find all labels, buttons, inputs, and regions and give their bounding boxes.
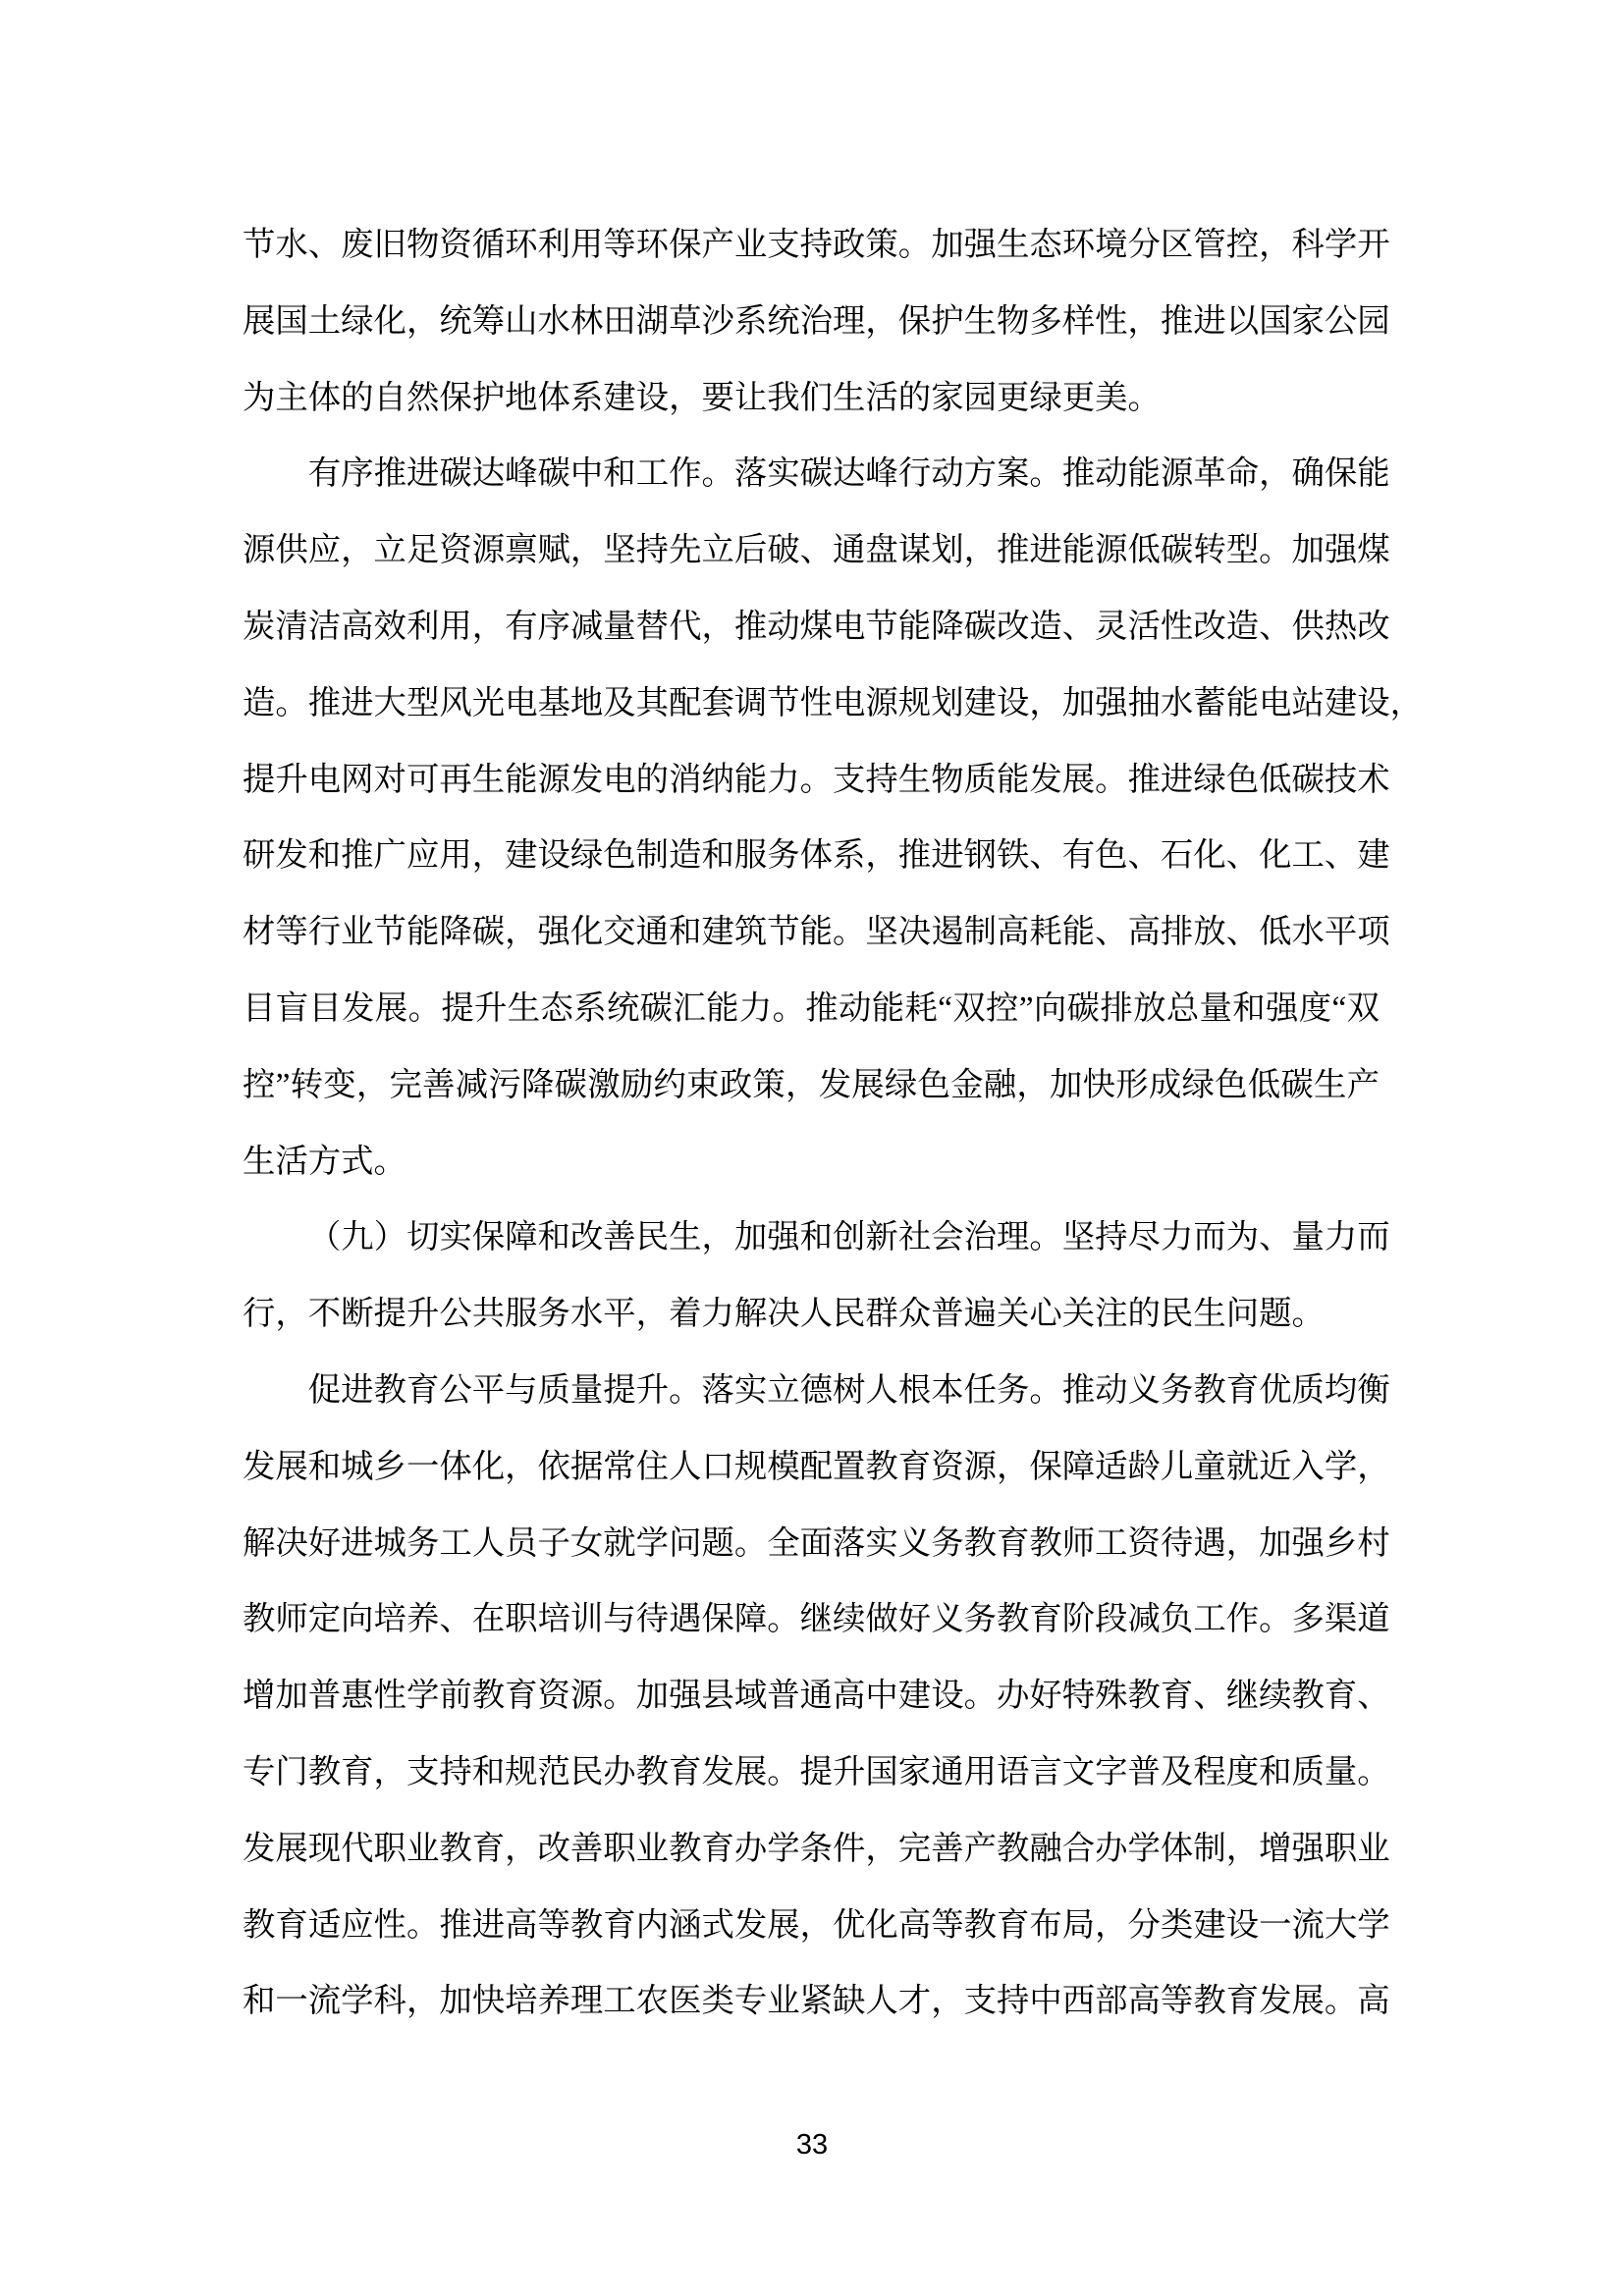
text-line: 有序推进碳达峰碳中和工作。落实碳达峰行动方案。推动能源革命，确保能 — [243, 436, 1380, 512]
text-block: 节水、废旧物资循环利用等环保产业支持政策。加强生态环境分区管控，科学开 展国土绿… — [243, 207, 1380, 2040]
text-line: 专门教育，支持和规范民办教育发展。提升国家通用语言文字普及程度和质量。 — [243, 1735, 1380, 1811]
text-line: 控”转变，完善减污降碳激励约束政策，发展绿色金融，加快形成绿色低碳生产 — [243, 1047, 1380, 1124]
text-line: 教育适应性。推进高等教育内涵式发展，优化高等教育布局，分类建设一流大学 — [243, 1888, 1380, 1964]
text-line: 增加普惠性学前教育资源。加强县域普通高中建设。办好特殊教育、继续教育、 — [243, 1658, 1380, 1735]
text-line: 提升电网对可再生能源发电的消纳能力。支持生物质能发展。推进绿色低碳技术 — [243, 742, 1380, 819]
text-line: 造。推进大型风光电基地及其配套调节性电源规划建设，加强抽水蓄能电站建设， — [243, 666, 1380, 742]
page-number: 33 — [0, 2130, 1624, 2160]
text-line: 教师定向培养、在职培训与待遇保障。继续做好义务教育阶段减负工作。多渠道 — [243, 1581, 1380, 1658]
text-line: 展国土绿化，统筹山水林田湖草沙系统治理，保护生物多样性，推进以国家公园 — [243, 284, 1380, 360]
text-line: 促进教育公平与质量提升。落实立德树人根本任务。推动义务教育优质均衡 — [243, 1353, 1380, 1429]
text-line: 节水、废旧物资循环利用等环保产业支持政策。加强生态环境分区管控，科学开 — [243, 207, 1380, 284]
text-line: （九）切实保障和改善民生，加强和创新社会治理。坚持尽力而为、量力而 — [243, 1200, 1380, 1276]
text-line: 炭清洁高效利用，有序减量替代，推动煤电节能降碳改造、灵活性改造、供热改 — [243, 589, 1380, 666]
paragraph: 促进教育公平与质量提升。落实立德树人根本任务。推动义务教育优质均衡 发展和城乡一… — [243, 1353, 1380, 2040]
text-line: 材等行业节能降碳，强化交通和建筑节能。坚决遏制高耗能、高排放、低水平项 — [243, 894, 1380, 971]
text-line: 解决好进城务工人员子女就学问题。全面落实义务教育教师工资待遇，加强乡村 — [243, 1506, 1380, 1582]
text-line: 发展和城乡一体化，依据常住人口规模配置教育资源，保障适龄儿童就近入学， — [243, 1429, 1380, 1506]
paragraph: （九）切实保障和改善民生，加强和创新社会治理。坚持尽力而为、量力而 行，不断提升… — [243, 1200, 1380, 1353]
paragraph: 节水、废旧物资循环利用等环保产业支持政策。加强生态环境分区管控，科学开 展国土绿… — [243, 207, 1380, 436]
text-line: 源供应，立足资源禀赋，坚持先立后破、通盘谋划，推进能源低碳转型。加强煤 — [243, 512, 1380, 589]
text-line: 发展现代职业教育，改善职业教育办学条件，完善产教融合办学体制，增强职业 — [243, 1811, 1380, 1888]
document-page: 节水、废旧物资循环利用等环保产业支持政策。加强生态环境分区管控，科学开 展国土绿… — [0, 0, 1624, 2296]
paragraph: 有序推进碳达峰碳中和工作。落实碳达峰行动方案。推动能源革命，确保能 源供应，立足… — [243, 436, 1380, 1200]
text-line: 行，不断提升公共服务水平，着力解决人民群众普遍关心关注的民生问题。 — [243, 1276, 1380, 1353]
text-line: 为主体的自然保护地体系建设，要让我们生活的家园更绿更美。 — [243, 360, 1380, 437]
text-line: 研发和推广应用，建设绿色制造和服务体系，推进钢铁、有色、石化、化工、建 — [243, 818, 1380, 894]
text-line: 目盲目发展。提升生态系统碳汇能力。推动能耗“双控”向碳排放总量和强度“双 — [243, 971, 1380, 1047]
text-line: 和一流学科，加快培养理工农医类专业紧缺人才，支持中西部高等教育发展。高 — [243, 1963, 1380, 2040]
text-line: 生活方式。 — [243, 1124, 1380, 1201]
